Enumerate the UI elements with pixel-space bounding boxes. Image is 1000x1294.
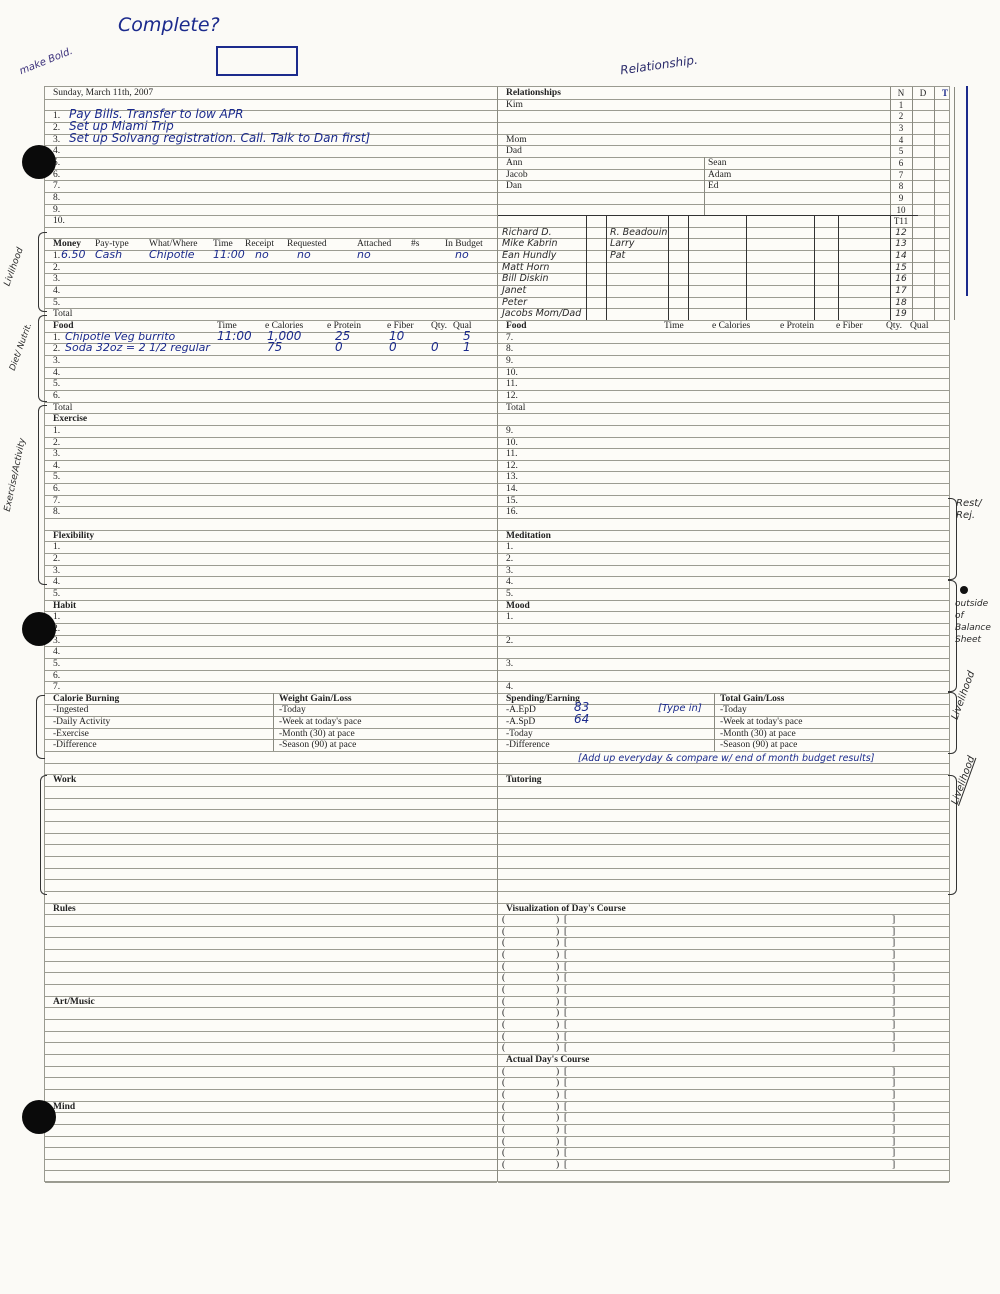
rule-line <box>498 565 949 566</box>
habit-row[interactable]: 7. <box>53 682 60 693</box>
rule-line <box>498 471 949 472</box>
flexibility-row[interactable]: 5. <box>53 589 60 600</box>
actual-slot-activity-close: ] <box>892 1137 895 1148</box>
visualization-slot-activity-open[interactable]: [ <box>564 1008 567 1019</box>
actual-slot-time-open[interactable]: ( <box>502 1113 505 1124</box>
rule-line <box>498 809 949 810</box>
visualization-slot-time-close: ) <box>556 1043 559 1054</box>
food-cell[interactable]: 0 <box>335 342 343 353</box>
money-cell[interactable]: Cash <box>95 249 122 260</box>
visualization-slot-activity-close: ] <box>892 1020 895 1031</box>
tutoring-heading: Tutoring <box>506 775 542 786</box>
visualization-slot-activity-open[interactable]: [ <box>564 997 567 1008</box>
art-music-heading: Art/Music <box>53 997 95 1008</box>
rule-line <box>498 646 949 647</box>
rule-line <box>498 390 949 391</box>
exercise-row[interactable]: 4. <box>53 461 60 472</box>
rule-line <box>45 844 497 845</box>
relationship-name-handwritten[interactable]: Richard D. <box>502 227 552 238</box>
rule-line <box>498 367 949 368</box>
relationship-index: 12 <box>890 228 912 239</box>
actual-slot-time-close: ) <box>556 1125 559 1136</box>
calorie-row[interactable]: -Difference <box>53 740 97 751</box>
rule-line <box>45 227 497 228</box>
spending-value[interactable]: 64 <box>574 714 589 725</box>
meditation-row[interactable]: 3. <box>506 566 513 577</box>
actual-slot-activity-open[interactable]: [ <box>564 1090 567 1101</box>
relationship-index: 7 <box>890 170 912 181</box>
exercise-row[interactable]: 3. <box>53 449 60 460</box>
mood-row[interactable]: 4. <box>506 682 513 693</box>
rule-line <box>45 786 497 787</box>
rule-line <box>498 285 949 286</box>
visualization-slot-activity-open[interactable]: [ <box>564 985 567 996</box>
relationship-index: 14 <box>890 251 912 262</box>
rule-line <box>45 1124 497 1125</box>
relationship-name-handwritten[interactable]: Jacobs Mom/Dad <box>502 308 581 319</box>
total-gain-row[interactable]: -Week at today's pace <box>720 717 802 728</box>
mood-row[interactable]: 2. <box>506 636 513 647</box>
visualization-heading: Visualization of Day's Course <box>506 904 626 915</box>
food-right-row[interactable]: 11. <box>506 379 518 390</box>
visualization-slot-activity-open[interactable]: [ <box>564 1032 567 1043</box>
rule-line <box>45 483 497 484</box>
rule-line <box>498 530 949 531</box>
hole-punch <box>22 145 56 179</box>
exercise-right-row[interactable]: 10. <box>506 438 518 449</box>
todo-number: 9. <box>53 205 60 216</box>
actual-slot-time-open[interactable]: ( <box>502 1078 505 1089</box>
rule-line <box>498 262 949 263</box>
actual-slot-time-close: ) <box>556 1067 559 1078</box>
rule-line <box>45 949 497 950</box>
rule-line <box>45 716 497 717</box>
rule-line <box>498 483 949 484</box>
calorie-row[interactable]: -Exercise <box>53 729 89 740</box>
rule-line <box>498 891 949 892</box>
actual-slot-time-close: ) <box>556 1078 559 1089</box>
food-column-header: Qual <box>910 321 928 332</box>
actual-slot-activity-open[interactable]: [ <box>564 1113 567 1124</box>
exercise-row[interactable]: 1. <box>53 426 60 437</box>
rule-line <box>45 1042 497 1043</box>
rule-line <box>498 122 949 123</box>
relationship-index: 4 <box>890 135 912 146</box>
rule-line <box>45 1066 497 1067</box>
relationship-index: 2 <box>890 111 912 122</box>
todo-number: 1. <box>53 111 60 122</box>
money-cell[interactable]: no <box>455 249 469 260</box>
relationship-name[interactable]: Ann <box>506 158 522 169</box>
relationship-name[interactable]: Jacob <box>506 170 528 181</box>
exercise-right-row[interactable]: 14. <box>506 484 518 495</box>
relationship-name[interactable]: Adam <box>708 170 731 181</box>
rule-line <box>498 635 949 636</box>
relationship-name-handwritten[interactable]: Janet <box>502 285 526 296</box>
rule-line <box>45 518 497 519</box>
food-cell[interactable]: 0 <box>389 342 397 353</box>
rule-line <box>45 180 497 181</box>
food-right-total: Total <box>506 403 525 414</box>
visualization-slot-time-close: ) <box>556 962 559 973</box>
rule-line <box>498 413 949 414</box>
exercise-right-row[interactable]: 16. <box>506 507 518 518</box>
food-cell[interactable]: 0 <box>431 342 439 353</box>
visualization-slot-activity-close: ] <box>892 1008 895 1019</box>
visualization-slot-activity-open[interactable]: [ <box>564 1043 567 1054</box>
actual-slot-activity-open[interactable]: [ <box>564 1078 567 1089</box>
spending-row[interactable]: -A.SpD <box>506 717 535 728</box>
rule-line <box>45 833 497 834</box>
weight-row[interactable]: -Month (30) at pace <box>279 729 355 740</box>
meditation-row[interactable]: 4. <box>506 577 513 588</box>
mind-heading: Mind <box>53 1102 75 1113</box>
meditation-row[interactable]: 5. <box>506 589 513 600</box>
rule-line <box>498 250 949 251</box>
food-right-row[interactable]: 7. <box>506 333 513 344</box>
actual-heading: Actual Day's Course <box>506 1055 589 1066</box>
hand-drawn-divider <box>890 215 891 320</box>
rule-line <box>45 471 497 472</box>
actual-slot-time-open[interactable]: ( <box>502 1148 505 1159</box>
habit-row[interactable]: 5. <box>53 659 60 670</box>
weight-row[interactable]: -Week at today's pace <box>279 717 361 728</box>
rule-line <box>498 576 949 577</box>
relationship-name-handwritten[interactable]: Larry <box>610 238 635 249</box>
actual-slot-time-close: ) <box>556 1090 559 1101</box>
rule-line <box>45 157 497 158</box>
food-right-row[interactable]: 10. <box>506 368 518 379</box>
exercise-right-row[interactable]: 13. <box>506 472 518 483</box>
habit-row[interactable]: 4. <box>53 647 60 658</box>
actual-slot-activity-open[interactable]: [ <box>564 1102 567 1113</box>
relationship-name[interactable]: Dan <box>506 181 522 192</box>
rule-line <box>45 1101 497 1102</box>
meditation-row[interactable]: 2. <box>506 554 513 565</box>
rule-line <box>498 355 949 356</box>
visualization-slot-time-open[interactable]: ( <box>502 938 505 949</box>
rule-line <box>45 1159 497 1160</box>
flexibility-row[interactable]: 2. <box>53 554 60 565</box>
total-gain-row[interactable]: -Month (30) at pace <box>720 729 796 740</box>
rule-line <box>498 99 949 100</box>
money-row-number: 1. <box>53 251 60 262</box>
rule-line <box>498 600 949 601</box>
exercise-row[interactable]: 2. <box>53 438 60 449</box>
rule-line <box>498 658 949 659</box>
relationship-index: 6 <box>890 158 912 169</box>
visualization-slot-time-open[interactable]: ( <box>502 973 505 984</box>
right-column: RelationshipsNDTKim123Mom4Dad5AnnSean6Ja… <box>498 87 949 1181</box>
food-cell[interactable]: 11:00 <box>217 331 252 342</box>
rule-line <box>45 367 497 368</box>
spending-row[interactable]: -A.EpD <box>506 705 536 716</box>
rule-line <box>498 518 949 519</box>
rule-line <box>498 238 949 239</box>
exercise-right-row[interactable]: 11. <box>506 449 518 460</box>
ndt-header: D <box>912 88 934 99</box>
rule-line <box>498 833 949 834</box>
visualization-slot-time-close: ) <box>556 973 559 984</box>
mood-row[interactable]: 1. <box>506 612 513 623</box>
rule-line <box>45 670 497 671</box>
ndt-divider <box>934 87 935 320</box>
food-item[interactable]: Soda 32oz = 2 1/2 regular <box>65 342 210 353</box>
money-cell[interactable]: no <box>357 249 371 260</box>
visualization-slot-time-open[interactable]: ( <box>502 985 505 996</box>
visualization-slot-activity-open[interactable]: [ <box>564 1020 567 1031</box>
rule-line <box>45 728 497 729</box>
actual-slot-time-open[interactable]: ( <box>502 1160 505 1171</box>
exercise-right-row[interactable]: 15. <box>506 496 518 507</box>
visualization-slot-activity-close: ] <box>892 985 895 996</box>
visualization-slot-time-open[interactable]: ( <box>502 962 505 973</box>
relationship-name-handwritten[interactable]: Ean Hundly <box>502 250 556 261</box>
flexibility-row[interactable]: 1. <box>53 542 60 553</box>
visualization-slot-time-open[interactable]: ( <box>502 1043 505 1054</box>
rule-line <box>498 588 949 589</box>
rule-line <box>498 192 949 193</box>
food-right-row[interactable]: 8. <box>506 344 513 355</box>
relationship-name[interactable]: Ed <box>708 181 719 192</box>
weight-row[interactable]: -Season (90) at pace <box>279 740 356 751</box>
relationship-name[interactable]: Kim <box>506 100 523 111</box>
weight-heading: Weight Gain/Loss <box>279 694 352 705</box>
visualization-slot-time-open[interactable]: ( <box>502 915 505 926</box>
rule-line <box>498 798 949 799</box>
rule-line <box>45 681 497 682</box>
relationship-name-handwritten[interactable]: R. Beadouin <box>610 227 667 238</box>
todo-number: 3. <box>53 135 60 146</box>
total-gain-row[interactable]: -Season (90) at pace <box>720 740 797 751</box>
rule-line <box>498 378 949 379</box>
exercise-row[interactable]: 7. <box>53 496 60 507</box>
food-cell[interactable]: 75 <box>267 342 282 353</box>
money-cell[interactable]: no <box>297 249 311 260</box>
daily-planner-sheet: Sunday, March 11th, 20071.Pay Bills. Tra… <box>44 86 950 1182</box>
relationships-heading: Relationships <box>506 88 561 99</box>
exercise-row[interactable]: 6. <box>53 484 60 495</box>
exercise-right-row[interactable]: 9. <box>506 426 513 437</box>
food-item[interactable]: Chipotle Veg burrito <box>65 331 175 342</box>
actual-slot-time-open[interactable]: ( <box>502 1067 505 1078</box>
food-column-header: Qty. <box>431 321 447 332</box>
dot-mark <box>960 586 968 594</box>
todo-text[interactable]: Set up Solvang registration. Call. Talk … <box>69 133 370 144</box>
rule-line <box>498 448 949 449</box>
money-total: Total <box>53 309 72 320</box>
margin-note-exercise: Exercise/Activity <box>3 437 28 512</box>
rule-line <box>45 145 497 146</box>
visualization-slot-time-open[interactable]: ( <box>502 950 505 961</box>
actual-slot-activity-open[interactable]: [ <box>564 1160 567 1171</box>
date-heading: Sunday, March 11th, 2007 <box>53 88 153 99</box>
rule-line <box>498 273 949 274</box>
rule-line <box>498 343 949 344</box>
rule-line <box>498 623 949 624</box>
rule-line <box>45 611 497 612</box>
actual-slot-activity-open[interactable]: [ <box>564 1125 567 1136</box>
flexibility-row[interactable]: 3. <box>53 566 60 577</box>
money-cell[interactable]: 11:00 <box>213 249 245 260</box>
relationship-index: 10 <box>890 205 912 216</box>
work-heading: Work <box>53 775 76 786</box>
food-total: Total <box>53 403 72 414</box>
relationship-name[interactable]: Mom <box>506 135 527 146</box>
visualization-slot-activity-open[interactable]: [ <box>564 915 567 926</box>
todo-number: 8. <box>53 193 60 204</box>
visualization-slot-time-open[interactable]: ( <box>502 927 505 938</box>
rule-line <box>45 879 497 880</box>
complete-label: Complete? <box>118 14 220 36</box>
visualization-slot-time-close: ) <box>556 1008 559 1019</box>
todo-number: 10. <box>53 216 65 227</box>
visualization-slot-time-close: ) <box>556 1032 559 1043</box>
rule-line <box>498 425 949 426</box>
total-gain-row[interactable]: -Today <box>720 705 747 716</box>
food-column-header: Time <box>664 321 684 332</box>
money-row-number: 2. <box>53 263 60 274</box>
money-cell[interactable]: 6.50 <box>61 249 86 260</box>
rule-line <box>45 262 497 263</box>
food-right-row[interactable]: 9. <box>506 356 513 367</box>
relationship-index: 13 <box>890 239 912 250</box>
type-in-note: [Type in] <box>658 703 702 714</box>
visualization-slot-time-close: ) <box>556 985 559 996</box>
food-row-number: 4. <box>53 368 60 379</box>
food-row-number: 1. <box>53 333 60 344</box>
relationship-index: T11 <box>890 216 912 227</box>
rule-line <box>45 996 497 997</box>
rule-line <box>45 600 497 601</box>
rule-line <box>45 903 497 904</box>
visualization-slot-time-open[interactable]: ( <box>502 1008 505 1019</box>
exercise-row[interactable]: 5. <box>53 472 60 483</box>
actual-slot-activity-close: ] <box>892 1102 895 1113</box>
rule-line <box>45 460 497 461</box>
flexibility-row[interactable]: 4. <box>53 577 60 588</box>
spending-heading: Spending/Earning <box>506 694 580 705</box>
actual-slot-time-open[interactable]: ( <box>502 1125 505 1136</box>
rule-line <box>498 145 949 146</box>
spending-row[interactable]: -Difference <box>506 740 550 751</box>
rule-line <box>45 1136 497 1137</box>
exercise-row[interactable]: 8. <box>53 507 60 518</box>
rule-line <box>498 1182 949 1183</box>
food-right-row[interactable]: 12. <box>506 391 518 402</box>
visualization-slot-activity-open[interactable]: [ <box>564 938 567 949</box>
visualization-slot-activity-close: ] <box>892 927 895 938</box>
relationship-name[interactable]: Dad <box>506 146 522 157</box>
margin-note-rest: Rest/ Rej. <box>956 498 986 522</box>
rule-line <box>45 355 497 356</box>
todo-number: 2. <box>53 123 60 134</box>
rule-line <box>498 297 949 298</box>
rule-line <box>45 390 497 391</box>
relationship-name-handwritten[interactable]: Matt Horn <box>502 262 549 273</box>
visualization-slot-activity-close: ] <box>892 915 895 926</box>
exercise-right-row[interactable]: 12. <box>506 461 518 472</box>
visualization-slot-activity-close: ] <box>892 1032 895 1043</box>
relationship-name[interactable]: Sean <box>708 158 726 169</box>
visualization-slot-activity-open[interactable]: [ <box>564 927 567 938</box>
calorie-row[interactable]: -Ingested <box>53 705 88 716</box>
left-column: Sunday, March 11th, 20071.Pay Bills. Tra… <box>45 87 498 1181</box>
visualization-slot-activity-open[interactable]: [ <box>564 950 567 961</box>
rule-line <box>45 1089 497 1090</box>
rule-line <box>498 553 949 554</box>
complete-checkbox[interactable] <box>216 46 298 76</box>
hand-drawn-divider <box>606 215 607 320</box>
relationship-name-handwritten[interactable]: Mike Kabrin <box>502 238 558 249</box>
visualization-slot-time-open[interactable]: ( <box>502 997 505 1008</box>
visualization-slot-activity-open[interactable]: [ <box>564 973 567 984</box>
rule-line <box>498 774 949 775</box>
actual-slot-time-close: ) <box>556 1137 559 1148</box>
hand-drawn-divider <box>746 215 747 320</box>
habit-row[interactable]: 3. <box>53 636 60 647</box>
actual-slot-activity-close: ] <box>892 1148 895 1159</box>
rule-line <box>45 437 497 438</box>
rule-line <box>45 763 497 764</box>
spending-row[interactable]: -Today <box>506 729 533 740</box>
weight-row[interactable]: -Today <box>279 705 306 716</box>
actual-slot-activity-open[interactable]: [ <box>564 1137 567 1148</box>
money-cell[interactable]: no <box>255 249 269 260</box>
actual-slot-activity-open[interactable]: [ <box>564 1067 567 1078</box>
rule-line <box>45 495 497 496</box>
relationship-name-handwritten[interactable]: Peter <box>502 297 527 308</box>
rule-line <box>45 204 497 205</box>
food-cell[interactable]: 1 <box>463 342 471 353</box>
money-cell[interactable]: Chipotle <box>149 249 195 260</box>
visualization-slot-time-close: ) <box>556 927 559 938</box>
rule-line <box>498 110 949 111</box>
visualization-slot-time-open[interactable]: ( <box>502 1020 505 1031</box>
actual-slot-activity-close: ] <box>892 1078 895 1089</box>
margin-note-diet: Diet/ Nutrit. <box>8 322 35 372</box>
rule-line <box>45 914 497 915</box>
hand-drawn-divider <box>668 215 669 320</box>
visualization-slot-activity-open[interactable]: [ <box>564 962 567 973</box>
actual-slot-time-close: ) <box>556 1113 559 1124</box>
rule-line <box>498 506 949 507</box>
food-row-number: 5. <box>53 379 60 390</box>
relationship-name-handwritten[interactable]: Pat <box>610 250 625 261</box>
visualization-slot-time-close: ) <box>556 915 559 926</box>
habit-row[interactable]: 6. <box>53 671 60 682</box>
relationship-name-handwritten[interactable]: Bill Diskin <box>502 273 549 284</box>
rule-line <box>45 425 497 426</box>
todo-number: 6. <box>53 170 60 181</box>
actual-slot-time-open[interactable]: ( <box>502 1090 505 1101</box>
calorie-row[interactable]: -Daily Activity <box>53 717 110 728</box>
mood-row[interactable]: 3. <box>506 659 513 670</box>
rule-line <box>45 402 497 403</box>
rule-line <box>45 273 497 274</box>
hand-drawn-divider <box>838 215 839 320</box>
money-row-number: 5. <box>53 298 60 309</box>
rule-line <box>45 530 497 531</box>
rule-line <box>45 1112 497 1113</box>
rule-line <box>498 856 949 857</box>
visualization-slot-time-close: ) <box>556 938 559 949</box>
actual-slot-time-open[interactable]: ( <box>502 1102 505 1113</box>
visualization-slot-time-open[interactable]: ( <box>502 1032 505 1043</box>
meditation-row[interactable]: 1. <box>506 542 513 553</box>
actual-slot-activity-open[interactable]: [ <box>564 1148 567 1159</box>
actual-slot-time-open[interactable]: ( <box>502 1137 505 1148</box>
